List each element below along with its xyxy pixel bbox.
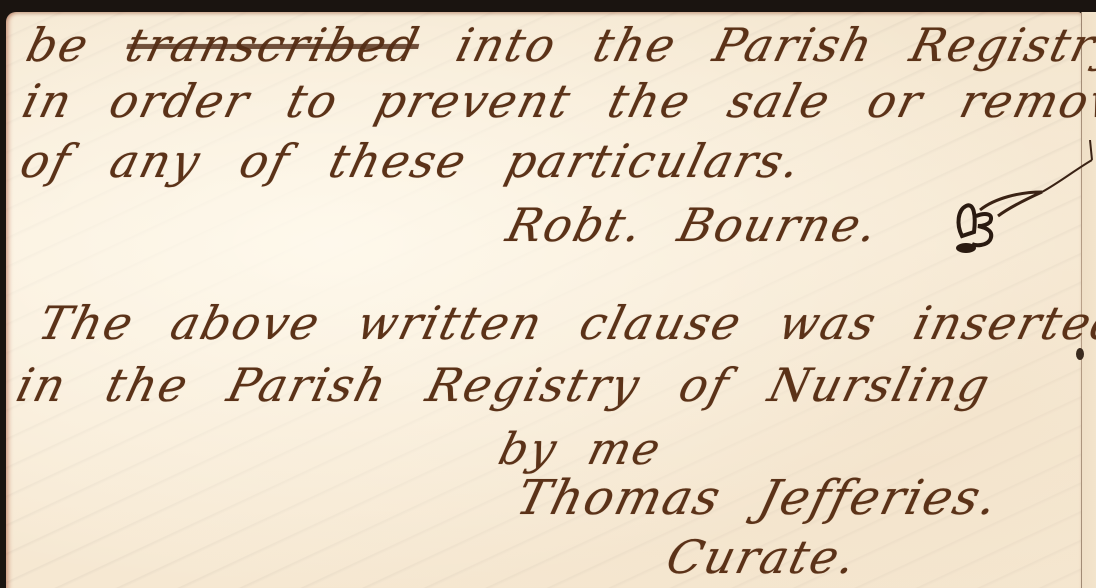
- signature-robt-bourne: Robt. Bourne.: [501, 198, 885, 252]
- entry1-line1: be transcribed into the Parish Registry: [21, 18, 1096, 72]
- signature-title-curate: Curate.: [661, 530, 863, 584]
- entry2-line3: by me: [494, 424, 667, 475]
- signature-thomas-jefferies: Thomas Jefferies.: [511, 470, 1005, 526]
- struck-word: transcribed: [121, 18, 426, 72]
- manicule-pointing-hand-icon: [950, 140, 1096, 260]
- entry2-line1: The above written clause was inserted: [33, 296, 1096, 350]
- line-rest: into the Parish Registry: [451, 18, 1096, 72]
- manuscript-photo: be transcribed into the Parish Registry …: [0, 0, 1096, 588]
- entry1-line3: of any of these particulars.: [15, 134, 807, 188]
- word-be: be: [21, 18, 95, 72]
- entry2-line2: in the Parish Registry of Nursling: [11, 358, 996, 412]
- entry1-line2: in order to prevent the sale or removal: [17, 74, 1096, 128]
